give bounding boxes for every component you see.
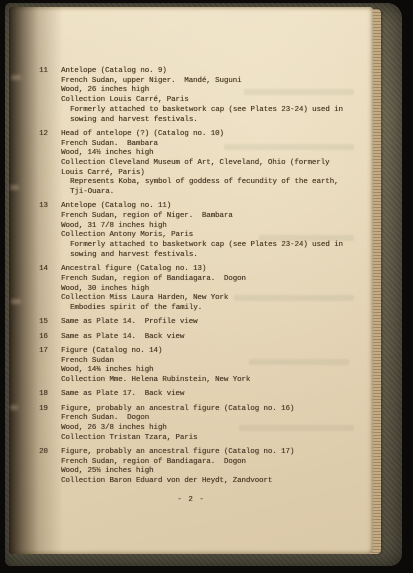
entry-line: Formerly attached to basketwork cap (see… [61, 241, 343, 251]
entry-line: Figure, probably an ancestral figure (Ca… [61, 405, 294, 415]
entry-line: Antelope (Catalog no. 9) [61, 67, 343, 77]
entry-line: Wood, 26 3/8 inches high [61, 424, 294, 434]
plate-number: 11 [39, 67, 61, 125]
entry-line: Same as Plate 14. Back view [61, 333, 184, 343]
entry-line: Formerly attached to basketwork cap (see… [61, 106, 343, 116]
entry-line: French Sudan. Dogon [61, 414, 294, 424]
plate-number: 15 [39, 318, 61, 328]
plate-list: 11 Antelope (Catalog no. 9)French Sudan,… [9, 7, 373, 491]
plate-entry: 19 Figure, probably an ancestral figure … [39, 405, 367, 444]
entry-line: Figure (Catalog no. 14) [61, 347, 250, 357]
entry-line: Wood, 31 7/8 inches high [61, 222, 343, 232]
plate-number: 16 [39, 333, 61, 343]
entry-line: Collection Miss Laura Harden, New York [61, 294, 246, 304]
entry-line: Collection Tristan Tzara, Paris [61, 434, 294, 444]
entry-line: French Sudan [61, 357, 250, 367]
entry-line: Wood, 14¾ inches high [61, 366, 250, 376]
plate-entry-lines: Same as Plate 14. Profile view [61, 318, 197, 328]
entry-line: Wood, 26 inches high [61, 86, 343, 96]
plate-entry: 16 Same as Plate 14. Back view [39, 333, 367, 343]
entry-line: sowing and harvest festivals. [61, 251, 343, 261]
entry-line: Wood, 30 inches high [61, 285, 246, 295]
plate-entry: 15 Same as Plate 14. Profile view [39, 318, 367, 328]
plate-number: 17 [39, 347, 61, 386]
plate-entry: 18 Same as Plate 17. Back view [39, 390, 367, 400]
entry-line: Antelope (Catalog no. 11) [61, 202, 343, 212]
entry-line: Figure, probably an ancestral figure (Ca… [61, 448, 294, 458]
entry-line: sowing and harvest festivals. [61, 116, 343, 126]
plate-entry: 17 Figure (Catalog no. 14)French SudanWo… [39, 347, 367, 386]
entry-line: Collection Louis Carré, Paris [61, 96, 343, 106]
plate-entry-lines: Figure, probably an ancestral figure (Ca… [61, 405, 294, 444]
plate-entry: 14 Ancestral figure (Catalog no. 13)Fren… [39, 265, 367, 314]
entry-line: French Sudan, region of Bandiagara. Dogo… [61, 275, 246, 285]
plate-entry: 11 Antelope (Catalog no. 9)French Sudan,… [39, 67, 367, 125]
plate-entry: 13 Antelope (Catalog no. 11)French Sudan… [39, 202, 367, 260]
entry-line: French Sudan, region of Bandiagara. Dogo… [61, 458, 294, 468]
entry-line: Collection Baron Eduard von der Heydt, Z… [61, 477, 294, 487]
plate-entry-lines: Figure, probably an ancestral figure (Ca… [61, 448, 294, 487]
plate-number: 19 [39, 405, 61, 444]
entry-line: Head of antelope (?) (Catalog no. 10) [61, 130, 338, 140]
entry-line: Embodies spirit of the family. [61, 304, 246, 314]
catalog-page: 11 Antelope (Catalog no. 9)French Sudan,… [9, 7, 373, 554]
plate-number: 18 [39, 390, 61, 400]
entry-line: Represents Koba, symbol of goddess of fe… [61, 178, 338, 188]
entry-line: Collection Antony Moris, Paris [61, 231, 343, 241]
plate-entry-lines: Ancestral figure (Catalog no. 13)French … [61, 265, 246, 314]
plate-entry-lines: Antelope (Catalog no. 11)French Sudan, r… [61, 202, 343, 260]
entry-line: Louis Carré, Paris) [61, 169, 338, 179]
entry-line: Collection Cleveland Museum of Art, Clev… [61, 159, 338, 169]
entry-line: Same as Plate 17. Back view [61, 390, 184, 400]
entry-line: French Sudan, upper Niger. Mandé, Suguni [61, 77, 343, 87]
entry-line: Ancestral figure (Catalog no. 13) [61, 265, 246, 275]
plate-entry-lines: Head of antelope (?) (Catalog no. 10)Fre… [61, 130, 338, 198]
plate-entry: 12 Head of antelope (?) (Catalog no. 10)… [39, 130, 367, 198]
plate-number: 20 [39, 448, 61, 487]
entry-line: Wood, 25½ inches high [61, 467, 294, 477]
plate-entry-lines: Same as Plate 14. Back view [61, 333, 184, 343]
entry-line: French Sudan. Bambara [61, 140, 338, 150]
plate-entry-lines: Antelope (Catalog no. 9)French Sudan, up… [61, 67, 343, 125]
plate-entry: 20 Figure, probably an ancestral figure … [39, 448, 367, 487]
entry-line: Same as Plate 14. Profile view [61, 318, 197, 328]
plate-number: 13 [39, 202, 61, 260]
entry-line: Wood, 14½ inches high [61, 149, 338, 159]
entry-line: French Sudan, region of Niger. Bambara [61, 212, 343, 222]
plate-number: 12 [39, 130, 61, 198]
entry-line: Collection Mme. Helena Rubinstein, New Y… [61, 376, 250, 386]
plate-entry-lines: Figure (Catalog no. 14)French SudanWood,… [61, 347, 250, 386]
page-number: - 2 - [177, 496, 205, 506]
plate-entry-lines: Same as Plate 17. Back view [61, 390, 184, 400]
entry-line: Tji-Ouara. [61, 188, 338, 198]
plate-number: 14 [39, 265, 61, 314]
